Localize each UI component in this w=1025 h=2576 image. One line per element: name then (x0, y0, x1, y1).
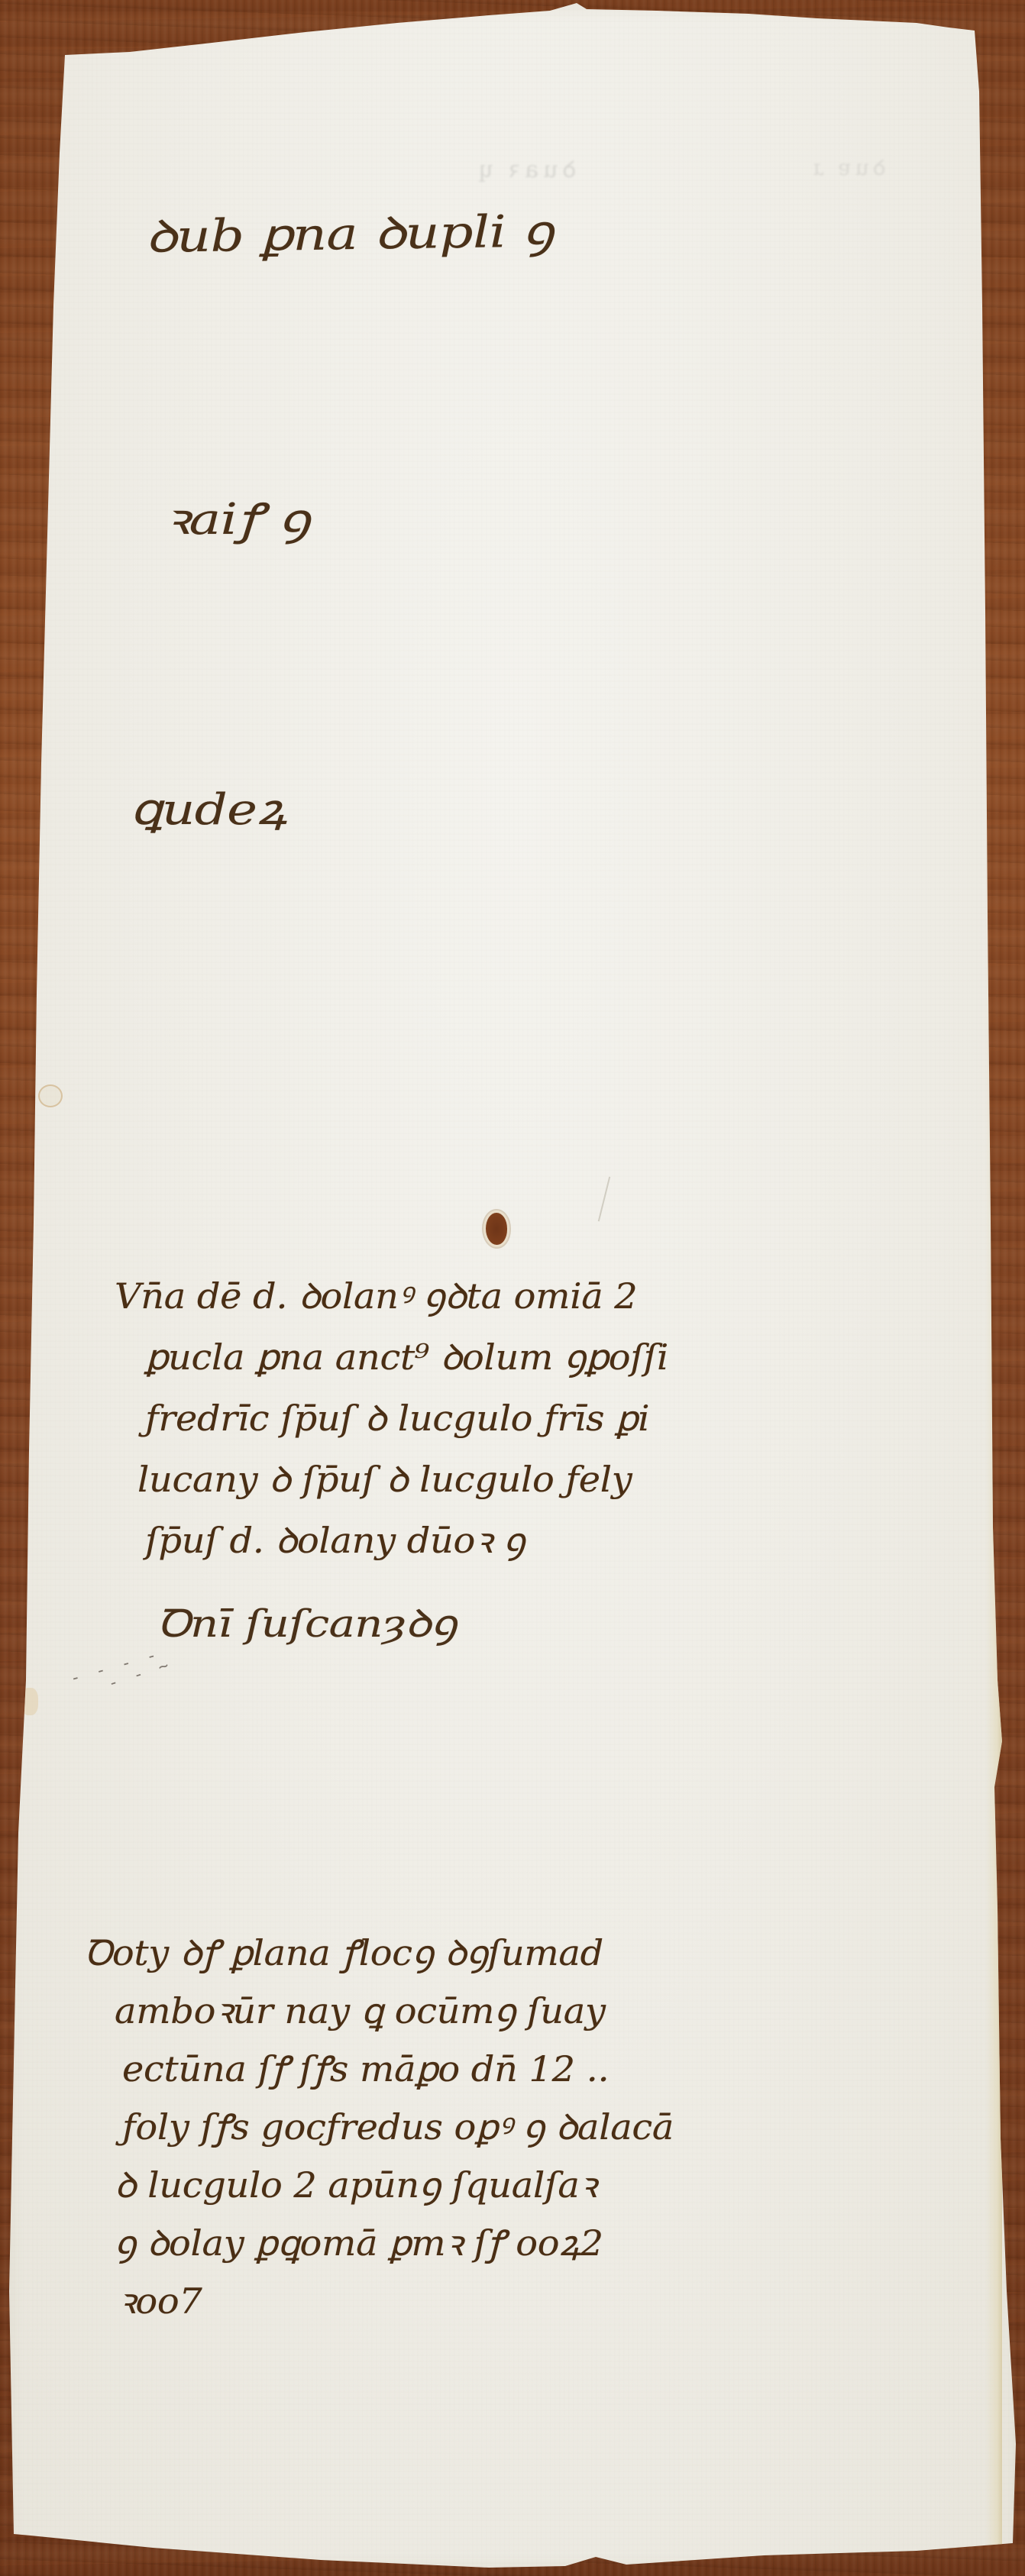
paper-hole (486, 1213, 507, 1245)
paragraph-2-line: ƒoly ſꝭs gocƒredus oꝑꝰ ꝯ ꝺalacā (122, 2102, 988, 2161)
paragraph-1-line: ꝑucla ꝑna anct⁹ ꝺolum ꝯꝑoſſi (145, 1333, 1011, 1394)
paragraph-1-line: ƒredrīc ſp̄uſ ꝺ lucgulo ƒrīs ꝑi (145, 1394, 1011, 1455)
paragraph-2-line: ectūna ſꝭ ſꝭs māꝑo dn̄ 12 .. (122, 2044, 988, 2102)
bleed-through-text-left: ꝺuaꝛ ɥ (474, 153, 576, 184)
signature-line: Ꝺnī ſuſcanȝꝺꝯ (157, 1596, 456, 1648)
paragraph-1-line: ſp̄uſ d. ꝺolany dūoꝛ ꝯ (145, 1516, 1011, 1577)
paragraph-2-line: Ꝺoty ꝺꝭ ꝑlana ꝭlocꝯ ꝺꝯſumad (84, 1928, 990, 1986)
paper-stain (38, 1084, 63, 1107)
top-note-2: ꝛaiꝭ ꝯ (164, 489, 309, 547)
paragraph-2-line: ꝯ ꝺolay ꝑꝗomā ꝑmꝛ ſꝭ ooꝝ2 (115, 2219, 988, 2277)
paragraph-2-line: ꝛoo7 (118, 2277, 988, 2335)
paragraph-2-line: amboꝛūr nay ꝗ ocūmꝯ ſuay (115, 1986, 988, 2044)
paragraph-1: Vn̄a dē d. ꝺolanꝰ ꝯꝺta omiā 2 ꝑucla ꝑna … (107, 1272, 978, 1577)
top-note-1: ꝺub ꝑna ꝺupli ꝯ (144, 199, 554, 265)
edge-tear (21, 1688, 38, 1715)
bleed-through-text-right: ꝺuɐ ɹ (810, 153, 885, 182)
paragraph-1-line: lucany ꝺ ſp̄uſ ꝺ lucgulo ƒely (137, 1455, 1011, 1516)
paragraph-1-line: Vn̄a dē d. ꝺolanꝰ ꝯꝺta omiā 2 (115, 1272, 1012, 1333)
paragraph-2-line: ꝺ lucgulo 2 apūnꝯ ſqualſaꝛ (115, 2161, 988, 2219)
paper-crease (598, 1177, 610, 1222)
top-note-3: ꝗudeꝝ (130, 779, 286, 837)
paragraph-2: Ꝺoty ꝺꝭ ꝑlana ꝭlocꝯ ꝺꝯſumad amboꝛūr nay … (84, 1928, 955, 2335)
manuscript-sheet: ꝺuaꝛ ɥ ꝺuɐ ɹ ꝺub ꝑna ꝺupli ꝯ ꝛaiꝭ ꝯ ꝗude… (0, 0, 1025, 2576)
